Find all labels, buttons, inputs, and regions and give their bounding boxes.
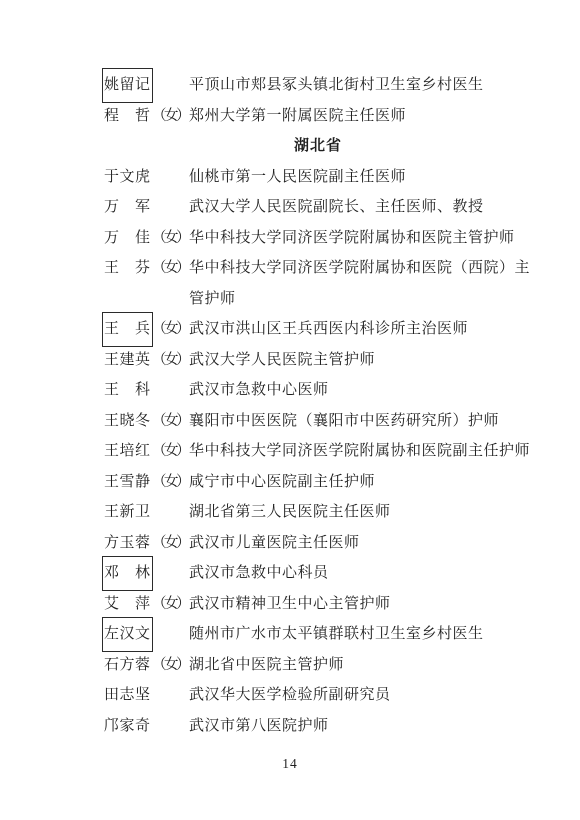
affiliation-text: 武汉市急救中心科员 <box>189 558 532 589</box>
person-name: 邝家奇 <box>104 711 152 742</box>
page-number: 14 <box>0 756 580 772</box>
affiliation-text: 湖北省中医院主管护师 <box>189 650 532 681</box>
honoree-row: 邓 林 武汉市急救中心科员 <box>104 558 532 589</box>
honoree-list: 姚留记 平顶山市郏县冢头镇北街村卫生室乡村医生 程 哲 （女） 郑州大学第一附属… <box>104 70 532 741</box>
person-name: 邓 林 <box>104 558 152 589</box>
person-name: 万 军 <box>104 192 152 223</box>
honoree-row: 王 科 武汉市急救中心医师 <box>104 375 532 406</box>
honoree-row: 于文虎 仙桃市第一人民医院副主任医师 <box>104 162 532 193</box>
gender-marker: （女） <box>152 589 189 620</box>
gender-marker: （女） <box>152 436 189 467</box>
honoree-row: 石方蓉 （女） 湖北省中医院主管护师 <box>104 650 532 681</box>
person-name: 王 兵 <box>104 314 152 345</box>
affiliation-text: 武汉市儿童医院主任医师 <box>189 528 532 559</box>
gender-marker: （女） <box>152 467 189 498</box>
honoree-row: 左汉文 随州市广水市太平镇群联村卫生室乡村医生 <box>104 619 532 650</box>
person-name: 王建英 <box>104 345 152 376</box>
person-name: 王新卫 <box>104 497 152 528</box>
person-name: 方玉蓉 <box>104 528 152 559</box>
affiliation-text: 郑州大学第一附属医院主任医师 <box>189 101 532 132</box>
honoree-row: 王新卫 湖北省第三人民医院主任医师 <box>104 497 532 528</box>
boxed-name: 左汉文 <box>104 619 151 650</box>
honoree-row: 王雪静 （女） 咸宁市中心医院副主任护师 <box>104 467 532 498</box>
person-name: 艾 萍 <box>104 589 152 620</box>
gender-marker: （女） <box>152 314 189 345</box>
honoree-row: 王 兵 （女） 武汉市洪山区王兵西医内科诊所主治医师 <box>104 314 532 345</box>
affiliation-text: 襄阳市中医医院（襄阳市中医药研究所）护师 <box>189 406 532 437</box>
affiliation-text: 平顶山市郏县冢头镇北街村卫生室乡村医生 <box>189 70 532 101</box>
affiliation-text: 华中科技大学同济医学院附属协和医院副主任护师 <box>189 436 532 467</box>
person-name: 王培红 <box>104 436 152 467</box>
person-name: 万 佳 <box>104 223 152 254</box>
affiliation-text: 华中科技大学同济医学院附属协和医院（西院）主管护师 <box>189 253 532 314</box>
person-name: 王 芬 <box>104 253 152 284</box>
person-name: 左汉文 <box>104 619 152 650</box>
boxed-name: 王 兵 <box>104 314 151 345</box>
honoree-row: 姚留记 平顶山市郏县冢头镇北街村卫生室乡村医生 <box>104 70 532 101</box>
person-name: 程 哲 <box>104 101 152 132</box>
person-name: 王晓冬 <box>104 406 152 437</box>
affiliation-text: 咸宁市中心医院副主任护师 <box>189 467 532 498</box>
honoree-row: 程 哲 （女） 郑州大学第一附属医院主任医师 <box>104 101 532 132</box>
gender-marker: （女） <box>152 253 189 284</box>
affiliation-text: 武汉华大医学检验所副研究员 <box>189 680 532 711</box>
gender-marker: （女） <box>152 650 189 681</box>
affiliation-text: 武汉大学人民医院副院长、主任医师、教授 <box>189 192 532 223</box>
honoree-row: 王晓冬 （女） 襄阳市中医医院（襄阳市中医药研究所）护师 <box>104 406 532 437</box>
gender-marker: （女） <box>152 345 189 376</box>
affiliation-text: 仙桃市第一人民医院副主任医师 <box>189 162 532 193</box>
honoree-row: 万 佳 （女） 华中科技大学同济医学院附属协和医院主管护师 <box>104 223 532 254</box>
province-section: 湖北省 <box>104 131 532 162</box>
honoree-row: 万 军 武汉大学人民医院副院长、主任医师、教授 <box>104 192 532 223</box>
boxed-name: 姚留记 <box>104 70 151 101</box>
honoree-row: 王培红 （女） 华中科技大学同济医学院附属协和医院副主任护师 <box>104 436 532 467</box>
honoree-row: 艾 萍 （女） 武汉市精神卫生中心主管护师 <box>104 589 532 620</box>
affiliation-text: 湖北省第三人民医院主任医师 <box>189 497 532 528</box>
affiliation-text: 随州市广水市太平镇群联村卫生室乡村医生 <box>189 619 532 650</box>
person-name: 石方蓉 <box>104 650 152 681</box>
boxed-name: 邓 林 <box>104 558 151 589</box>
gender-marker: （女） <box>152 223 189 254</box>
honoree-row: 方玉蓉 （女） 武汉市儿童医院主任医师 <box>104 528 532 559</box>
affiliation-text: 武汉市精神卫生中心主管护师 <box>189 589 532 620</box>
honoree-row: 田志坚 武汉华大医学检验所副研究员 <box>104 680 532 711</box>
person-name: 王雪静 <box>104 467 152 498</box>
person-name: 王 科 <box>104 375 152 406</box>
document-page: 姚留记 平顶山市郏县冢头镇北街村卫生室乡村医生 程 哲 （女） 郑州大学第一附属… <box>0 0 580 820</box>
affiliation-text: 武汉大学人民医院主管护师 <box>189 345 532 376</box>
person-name: 田志坚 <box>104 680 152 711</box>
province-section-header: 湖北省 <box>294 137 342 154</box>
affiliation-text: 华中科技大学同济医学院附属协和医院主管护师 <box>189 223 532 254</box>
gender-marker: （女） <box>152 528 189 559</box>
affiliation-text: 武汉市第八医院护师 <box>189 711 532 742</box>
honoree-row: 邝家奇 武汉市第八医院护师 <box>104 711 532 742</box>
gender-marker: （女） <box>152 406 189 437</box>
honoree-row: 王 芬 （女） 华中科技大学同济医学院附属协和医院（西院）主管护师 <box>104 253 532 314</box>
person-name: 于文虎 <box>104 162 152 193</box>
gender-marker: （女） <box>152 101 189 132</box>
person-name: 姚留记 <box>104 70 152 101</box>
affiliation-text: 武汉市急救中心医师 <box>189 375 532 406</box>
affiliation-text: 武汉市洪山区王兵西医内科诊所主治医师 <box>189 314 532 345</box>
honoree-row: 王建英 （女） 武汉大学人民医院主管护师 <box>104 345 532 376</box>
